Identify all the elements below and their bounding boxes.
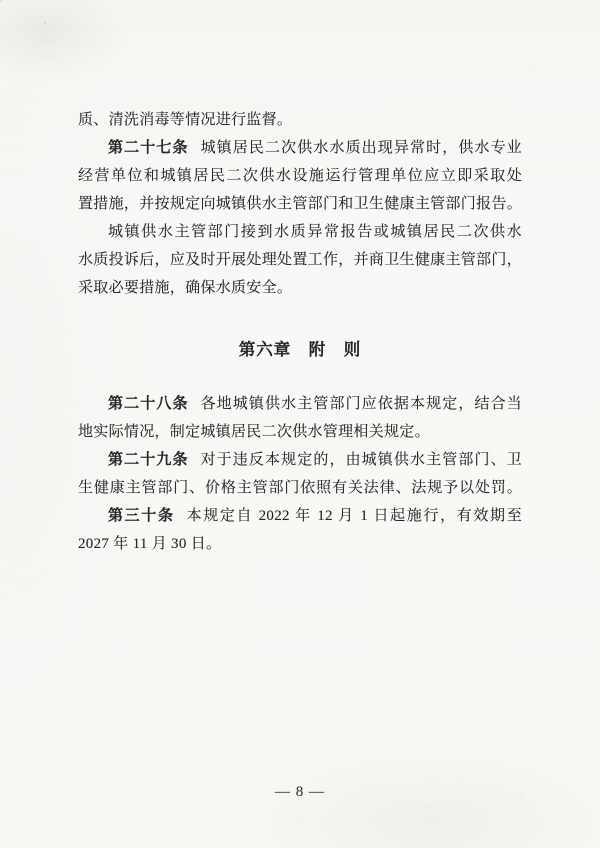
text-line: 质、清洗消毒等情况进行监督。 bbox=[78, 106, 522, 134]
article-27-line: 第二十七条城镇居民二次供水水质出现异常时，供水专业 bbox=[78, 134, 522, 162]
text-line: 地实际情况，制定城镇居民二次供水管理相关规定。 bbox=[78, 418, 522, 446]
document-body: 质、清洗消毒等情况进行监督。 第二十七条城镇居民二次供水水质出现异常时，供水专业… bbox=[78, 106, 522, 558]
line-text: 本规定自 2022 年 12 月 1 日起施行，有效期至 bbox=[187, 508, 522, 524]
text-line: 城镇供水主管部门接到水质异常报告或城镇居民二次供水 bbox=[78, 218, 522, 246]
page-number: — 8 — bbox=[0, 784, 600, 801]
text-line: 2027 年 11 月 30 日。 bbox=[78, 530, 522, 558]
text-line: 经营单位和城镇居民二次供水设施运行管理单位应立即采取处 bbox=[78, 162, 522, 190]
text-line: 采取必要措施，确保水质安全。 bbox=[78, 274, 522, 302]
line-text: 对于违反本规定的，由城镇供水主管部门、卫 bbox=[201, 452, 522, 468]
chapter-heading: 第六章 附 则 bbox=[78, 336, 522, 364]
article-number: 第二十九条 bbox=[108, 452, 189, 468]
document-page: 质、清洗消毒等情况进行监督。 第二十七条城镇居民二次供水水质出现异常时，供水专业… bbox=[0, 0, 600, 848]
text-line: 水质投诉后，应及时开展处理处置工作，并商卫生健康主管部门， bbox=[78, 246, 522, 274]
article-number: 第三十条 bbox=[108, 508, 175, 524]
article-29-line: 第二十九条对于违反本规定的，由城镇供水主管部门、卫 bbox=[78, 446, 522, 474]
article-number: 第二十七条 bbox=[108, 140, 189, 156]
text-line: 置措施，并按规定向城镇供水主管部门和卫生健康主管部门报告。 bbox=[78, 190, 522, 218]
article-number: 第二十八条 bbox=[108, 396, 189, 412]
line-text: 各地城镇供水主管部门应依据本规定，结合当 bbox=[201, 396, 522, 412]
article-30-line: 第三十条本规定自 2022 年 12 月 1 日起施行，有效期至 bbox=[78, 502, 522, 530]
text-line: 生健康主管部门、价格主管部门依照有关法律、法规予以处罚。 bbox=[78, 474, 522, 502]
article-28-line: 第二十八条各地城镇供水主管部门应依据本规定，结合当 bbox=[78, 390, 522, 418]
line-text: 城镇居民二次供水水质出现异常时，供水专业 bbox=[201, 140, 522, 156]
